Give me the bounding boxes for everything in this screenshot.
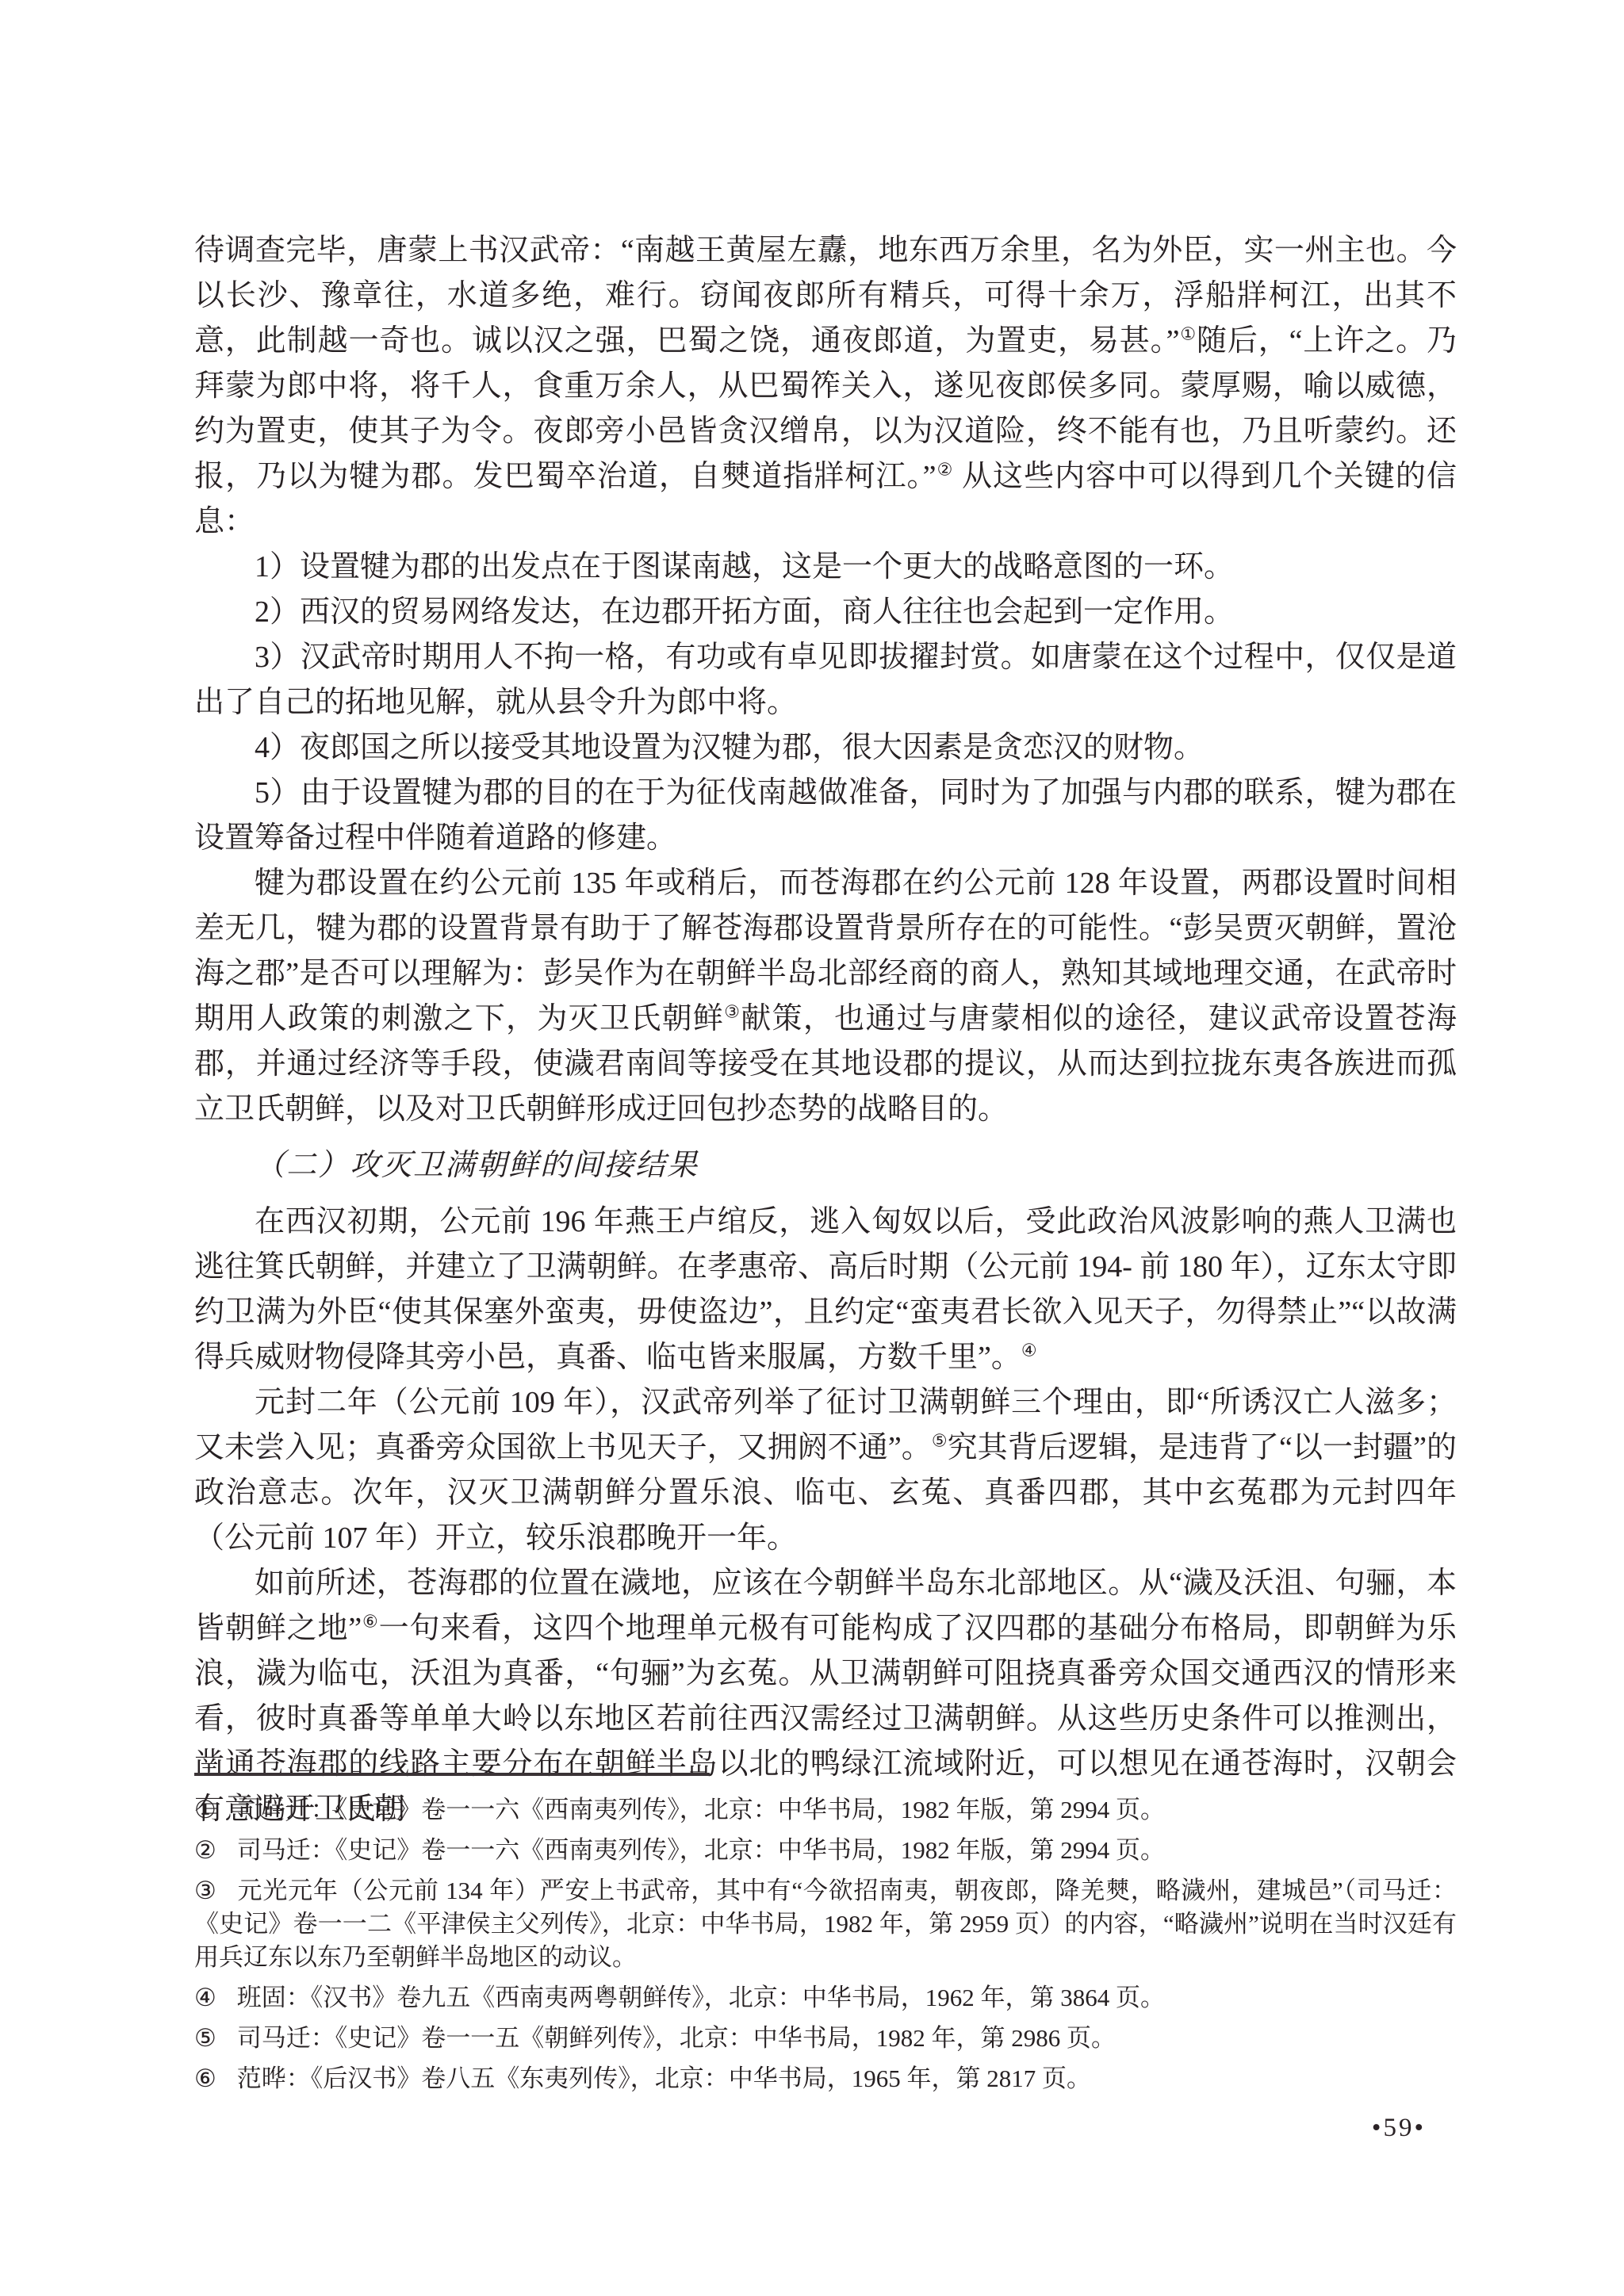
body-paragraph: 4）夜郎国之所以接受其地设置为汉犍为郡，很大因素是贪恋汉的财物。 — [194, 725, 1457, 771]
footnote-ref: ③ — [724, 1001, 741, 1021]
footnote-ref: ⑥ — [362, 1611, 378, 1631]
footnote-separator — [194, 1773, 710, 1776]
footnote-ref: ⑤ — [932, 1430, 948, 1450]
document-page: 待调查完毕，唐蒙上书汉武帝：“南越王黄屋左纛，地东西万余里，名为外臣，实一州主也… — [0, 0, 1624, 2296]
footnote-ref: ① — [1179, 323, 1197, 343]
footnote: ②司马迁：《史记》卷一一六《西南夷列传》，北京：中华书局，1982 年版，第 2… — [194, 1834, 1457, 1867]
body-paragraph: 犍为郡设置在约公元前 135 年或稍后，而苍海郡在约公元前 128 年设置，两郡… — [194, 861, 1457, 1132]
footnote-text: 司马迁：《史记》卷一一五《朝鲜列传》，北京：中华书局，1982 年，第 2986… — [237, 2024, 1116, 2052]
body-paragraph: 元封二年（公元前 109 年），汉武帝列举了征讨卫满朝鲜三个理由，即“所诱汉亡人… — [194, 1380, 1457, 1561]
footnote-text: 元光元年（公元前 134 年）严安上书武帝，其中有“今欲招南夷，朝夜郎，降羌僰，… — [194, 1877, 1457, 1971]
footnote: ⑥范晔：《后汉书》卷八五《东夷列传》，北京：中华书局，1965 年，第 2817… — [194, 2062, 1457, 2095]
footnote-marker: ⑥ — [194, 2062, 216, 2095]
footnote-text: 司马迁：《史记》卷一一六《西南夷列传》，北京：中华书局，1982 年版，第 29… — [237, 1836, 1165, 1864]
body-paragraph: 待调查完毕，唐蒙上书汉武帝：“南越王黄屋左纛，地东西万余里，名为外臣，实一州主也… — [194, 228, 1457, 545]
footnote-ref: ④ — [1021, 1340, 1037, 1360]
footnote-text: 范晔：《后汉书》卷八五《东夷列传》，北京：中华书局，1965 年，第 2817 … — [237, 2064, 1091, 2092]
footnote-marker: ① — [194, 1793, 216, 1827]
body-paragraph: 2）西汉的贸易网络发达，在边郡开拓方面，商人往往也会起到一定作用。 — [194, 590, 1457, 635]
footnote: ③元光元年（公元前 134 年）严安上书武帝，其中有“今欲招南夷，朝夜郎，降羌僰… — [194, 1874, 1457, 1974]
footnote-marker: ⑤ — [194, 2022, 216, 2055]
section-heading: （二）攻灭卫满朝鲜的间接结果 — [194, 1143, 1457, 1188]
footnote: ④班固：《汉书》卷九五《西南夷两粤朝鲜传》，北京：中华书局，1962 年，第 3… — [194, 1981, 1457, 2015]
footnote-marker: ③ — [194, 1874, 216, 1908]
footnote-text: 班固：《汉书》卷九五《西南夷两粤朝鲜传》，北京：中华书局，1962 年，第 38… — [237, 1984, 1165, 2011]
body-paragraph: 3）汉武帝时期用人不拘一格，有功或有卓见即拔擢封赏。如唐蒙在这个过程中，仅仅是道… — [194, 635, 1457, 725]
footnote-marker: ④ — [194, 1981, 216, 2015]
page-number: •59• — [1372, 2114, 1426, 2143]
footnote-text: 司马迁：《史记》卷一一六《西南夷列传》，北京：中华书局，1982 年版，第 29… — [237, 1796, 1165, 1823]
footnote: ①司马迁：《史记》卷一一六《西南夷列传》，北京：中华书局，1982 年版，第 2… — [194, 1793, 1457, 1827]
body-paragraph: 1）设置犍为郡的出发点在于图谋南越，这是一个更大的战略意图的一环。 — [194, 545, 1457, 590]
footnote: ⑤司马迁：《史记》卷一一五《朝鲜列传》，北京：中华书局，1982 年，第 298… — [194, 2022, 1457, 2055]
body-text: 待调查完毕，唐蒙上书汉武帝：“南越王黄屋左纛，地东西万余里，名为外臣，实一州主也… — [194, 228, 1457, 1832]
footnote-ref: ② — [936, 459, 954, 479]
body-paragraph: 如前所述，苍海郡的位置在濊地，应该在今朝鲜半岛东北部地区。从“濊及沃沮、句骊，本… — [194, 1561, 1457, 1832]
body-paragraph: 5）由于设置犍为郡的目的在于为征伐南越做准备，同时为了加强与内郡的联系，犍为郡在… — [194, 771, 1457, 861]
footnote-marker: ② — [194, 1834, 216, 1867]
footnotes: ①司马迁：《史记》卷一一六《西南夷列传》，北京：中华书局，1982 年版，第 2… — [194, 1793, 1457, 2103]
body-paragraph: 在西汉初期，公元前 196 年燕王卢绾反，逃入匈奴以后，受此政治风波影响的燕人卫… — [194, 1200, 1457, 1380]
